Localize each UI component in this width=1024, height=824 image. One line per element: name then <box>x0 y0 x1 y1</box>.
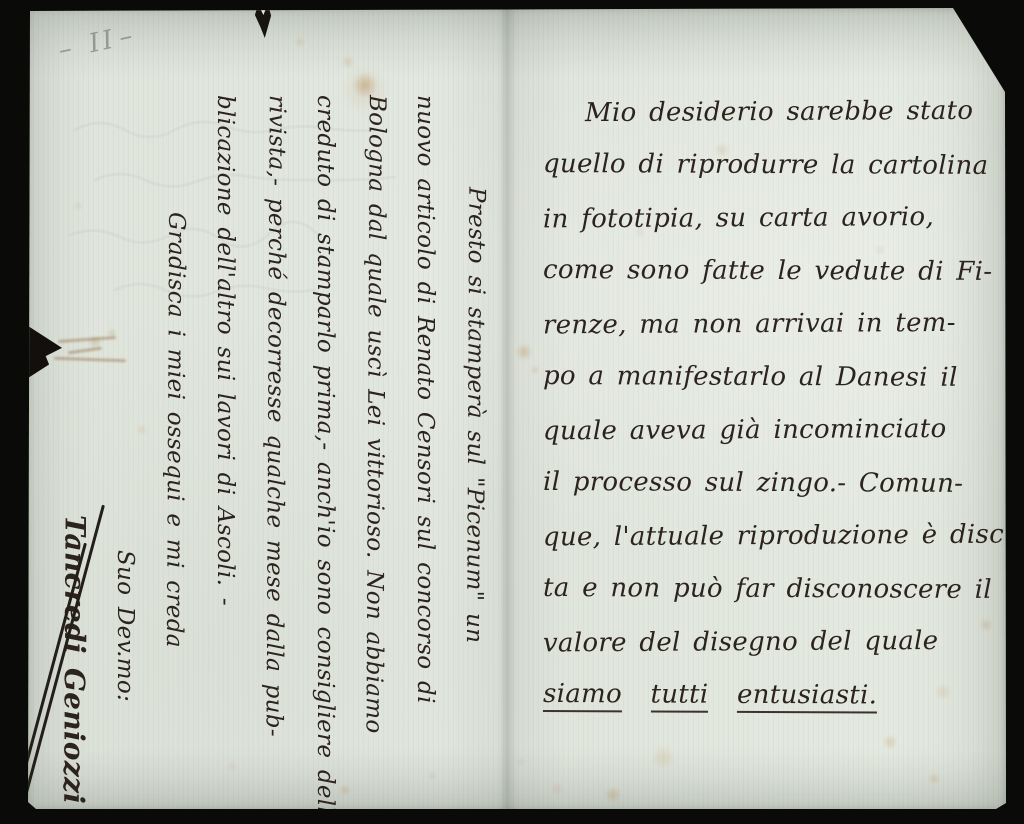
foxing-stain <box>341 55 355 69</box>
handwritten-line: il processo sul zingo.- Comun- <box>543 456 1005 511</box>
letter-paper: II Presto si stamperà sul "Picenum" un n… <box>28 8 1006 810</box>
handwritten-line: po a manifestarlo al Danesi il <box>543 350 1005 405</box>
handwritten-line: nuovo articolo di Renato Censori sul con… <box>400 95 450 800</box>
signature: Tancredi Geniozzi <box>48 95 102 800</box>
handwritten-line: valore del disegno del quale <box>543 615 1005 671</box>
foxing-stain <box>294 36 306 48</box>
foxing-stain <box>882 734 898 750</box>
foxing-stain <box>650 745 676 771</box>
foxing-stain <box>516 757 526 767</box>
handwritten-line: Presto si stamperà sul "Picenum" un <box>448 95 502 800</box>
handwritten-line: creduto di stamparlo prima,- anch'io son… <box>300 95 350 800</box>
handwritten-line: Bologna dal quale uscì Lei vittorioso. N… <box>348 95 402 800</box>
handwritten-line: quello di riprodurre la cartolina <box>543 138 1005 193</box>
valediction: Suo Dev.mo: <box>100 95 150 800</box>
handwritten-line: rivista,- perché decorresse qualche mese… <box>248 95 302 800</box>
handwritten-line: Mio desiderio sarebbe stato <box>543 85 1005 141</box>
underlined-word: tutti <box>650 679 708 712</box>
foxing-stain <box>550 782 564 796</box>
foxing-stain <box>604 786 622 804</box>
paper-shading-top <box>28 8 1006 78</box>
foxing-stain <box>530 365 540 375</box>
underlined-word: siamo <box>543 679 622 712</box>
handwritten-line: blicazione dell'altro sui lavori di Asco… <box>200 95 250 800</box>
left-page-text: Presto si stamperà sul "Picenum" un nuov… <box>45 95 500 800</box>
underlined-word: entusiasti. <box>737 680 877 714</box>
scan-background: II Presto si stamperà sul "Picenum" un n… <box>0 0 1024 824</box>
handwritten-line: renze, ma non arrivai in tem- <box>543 297 1005 353</box>
handwritten-line: quale aveva già incominciato <box>543 403 1005 459</box>
handwritten-line: ta e non può far disconoscere il <box>543 562 1005 617</box>
handwritten-line-emphasized: siamo tutti entusiasti. <box>543 668 1005 723</box>
foxing-stain <box>928 773 940 785</box>
handwritten-line: que, l'attuale riproduzione è discre- <box>543 509 1005 565</box>
handwritten-line: come sono fatte le vedute di Fi- <box>543 244 1005 299</box>
right-page-text: Mio desiderio sarebbe stato quello di ri… <box>543 86 1005 722</box>
handwritten-line: Gradisca i miei ossequi e mi creda <box>148 95 202 800</box>
handwritten-line: in fototipia, su carta avorio, <box>543 191 1005 247</box>
foxing-stain <box>515 343 533 361</box>
